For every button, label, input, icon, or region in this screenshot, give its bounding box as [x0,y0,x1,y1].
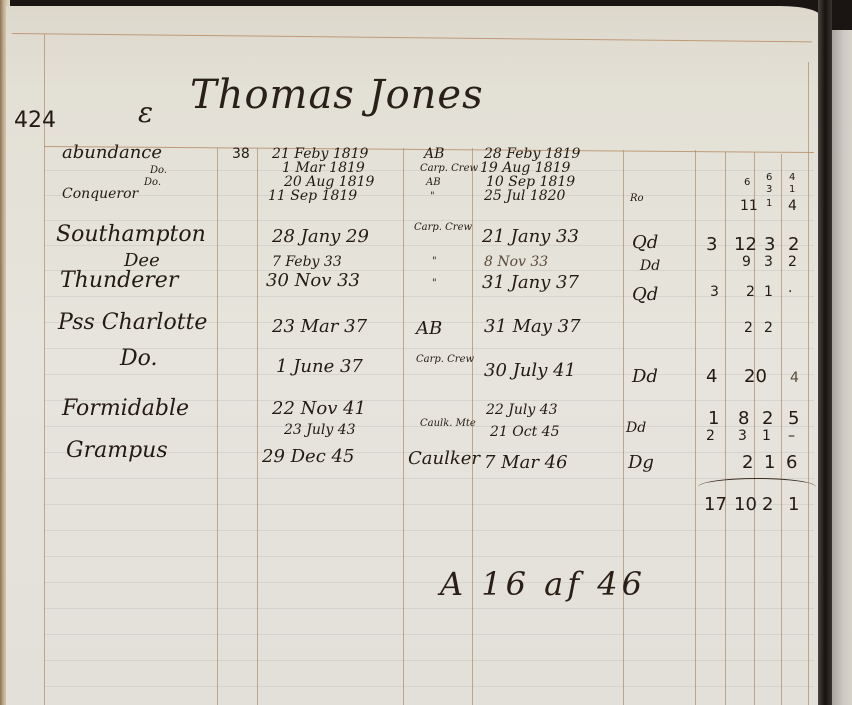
quality: " [432,278,437,289]
discharge-date: 21 Oct 45 [490,424,559,440]
discharge-date: 31 Jany 37 [482,272,579,293]
ruled-line [44,686,814,687]
discharge-date: 7 Mar 46 [484,452,568,473]
ship-name: Conqueror [62,186,138,202]
col2-value: 2 [742,452,753,473]
quality: Caulker [408,448,480,469]
ship-name: Southampton [56,222,206,247]
quality: AB [426,177,441,188]
ruled-line [44,220,814,221]
col2-value: 6 [744,177,750,188]
col3-value: 3 [764,254,773,270]
entry-date: 29 Dec 45 [262,446,354,467]
col3-value: 1 [764,452,775,473]
col1-value: 4 [706,366,717,387]
discharge-date: 8 Nov 33 [484,254,548,270]
column-line [403,148,404,705]
col4-value: 4 [788,198,797,214]
col1-value: 1 [708,408,719,429]
ship-name: abundance [62,142,162,163]
discharge-date: 30 July 41 [484,360,576,381]
ruled-line [44,530,814,531]
ruled-line [44,556,814,557]
col2-value: 9 [742,254,751,270]
col4-value: 5 [788,408,799,429]
col3-value: 3 [766,184,772,195]
col2-value: 2 [744,320,753,336]
ruled-line [44,582,814,583]
col2-value: 11 [740,198,758,214]
quality: Carp. Crew [416,354,474,365]
ruled-line [44,608,814,609]
discharge-date: 21 Jany 33 [482,226,579,247]
remark: Dd [626,420,646,436]
total-col2: 10 [734,494,757,515]
column-line [217,148,218,705]
col4-value: · [788,284,792,300]
total-col1: 17 [704,494,727,515]
remark: Qd [632,284,658,305]
ruled-line [44,634,814,635]
col3-value: 2 [762,408,773,429]
col1-value: 3 [706,234,717,255]
ship-ditto: Do. [144,177,161,188]
total-col3: 2 [762,494,773,515]
ship-name: Pss Charlotte [58,310,207,335]
discharge-date: 22 July 43 [486,402,558,418]
remark: Ro [630,193,644,204]
col2-value: 8 [738,408,749,429]
ship-name: Formidable [62,396,189,421]
col3-value: 6 [766,172,772,183]
col3-value: 1 [762,428,771,444]
rate: 38 [232,146,250,162]
ruled-line [44,348,814,349]
ruled-line [44,660,814,661]
quality: " [432,256,437,267]
remark: Dg [628,452,654,473]
discharge-date: 31 May 37 [484,316,581,337]
remark: Dd [632,366,658,387]
ruled-line [44,504,814,505]
col1-value: 3 [710,284,719,300]
entry-date: 11 Sep 1819 [268,188,357,204]
col2-value: 12 [734,234,757,255]
col4-value: – [788,428,795,444]
column-line [695,150,696,705]
entry-date: 1 June 37 [276,356,363,377]
facing-page-edge [832,30,852,705]
quality: AB [416,318,442,339]
entry-date: 22 Nov 41 [272,398,366,419]
column-line [808,62,809,705]
quality: Caulk. Mte [420,418,476,429]
entry-date: 23 Mar 37 [272,316,367,337]
column-line [725,152,726,705]
quality: " [430,191,435,202]
ship-ditto: Do. [150,165,167,176]
entry-date: 23 July 43 [284,422,356,438]
quality: AB [424,146,444,162]
quality: Carp. Crew [420,163,478,174]
col3-value: 2 [764,320,773,336]
ruled-line [44,374,814,375]
col1-value: 2 [706,428,715,444]
remark: Dd [640,258,660,274]
ruled-line [44,478,814,479]
col4-value: 2 [788,234,799,255]
col3-value: 1 [764,284,773,300]
ship-name: Grampus [66,438,168,463]
col3-value: 1 [766,198,772,209]
col4-value: 2 [788,254,797,270]
entry-date: 28 Jany 29 [272,226,369,247]
margin-line [44,34,45,705]
ship-name: Thunderer [60,268,178,293]
col4-value: 4 [790,370,799,386]
col2-value: 20 [744,366,767,387]
column-line [623,150,624,705]
col4-value: 4 [789,172,795,183]
col4-value: 6 [786,452,797,473]
entry-date: 30 Nov 33 [266,270,360,291]
column-line [257,148,258,705]
ship-ditto: Do. [120,346,158,371]
seaman-name: Thomas Jones [190,72,484,118]
ruled-line [44,296,814,297]
page-number: 424 [14,108,56,133]
prefix-mark: ε [138,96,153,129]
bottom-annotation: A 16 af 46 [440,565,646,603]
total-col4: 1 [788,494,799,515]
col2-value: 3 [738,428,747,444]
quality: Carp. Crew [414,222,472,233]
col3-value: 3 [764,234,775,255]
col4-value: 1 [789,184,795,195]
remark: Qd [632,232,658,253]
entry-date: 7 Feby 33 [272,254,342,270]
discharge-date: 25 Jul 1820 [484,188,565,204]
column-line [781,154,782,705]
col2-value: 2 [746,284,755,300]
book-gutter [818,0,832,705]
ruled-line [44,195,814,196]
